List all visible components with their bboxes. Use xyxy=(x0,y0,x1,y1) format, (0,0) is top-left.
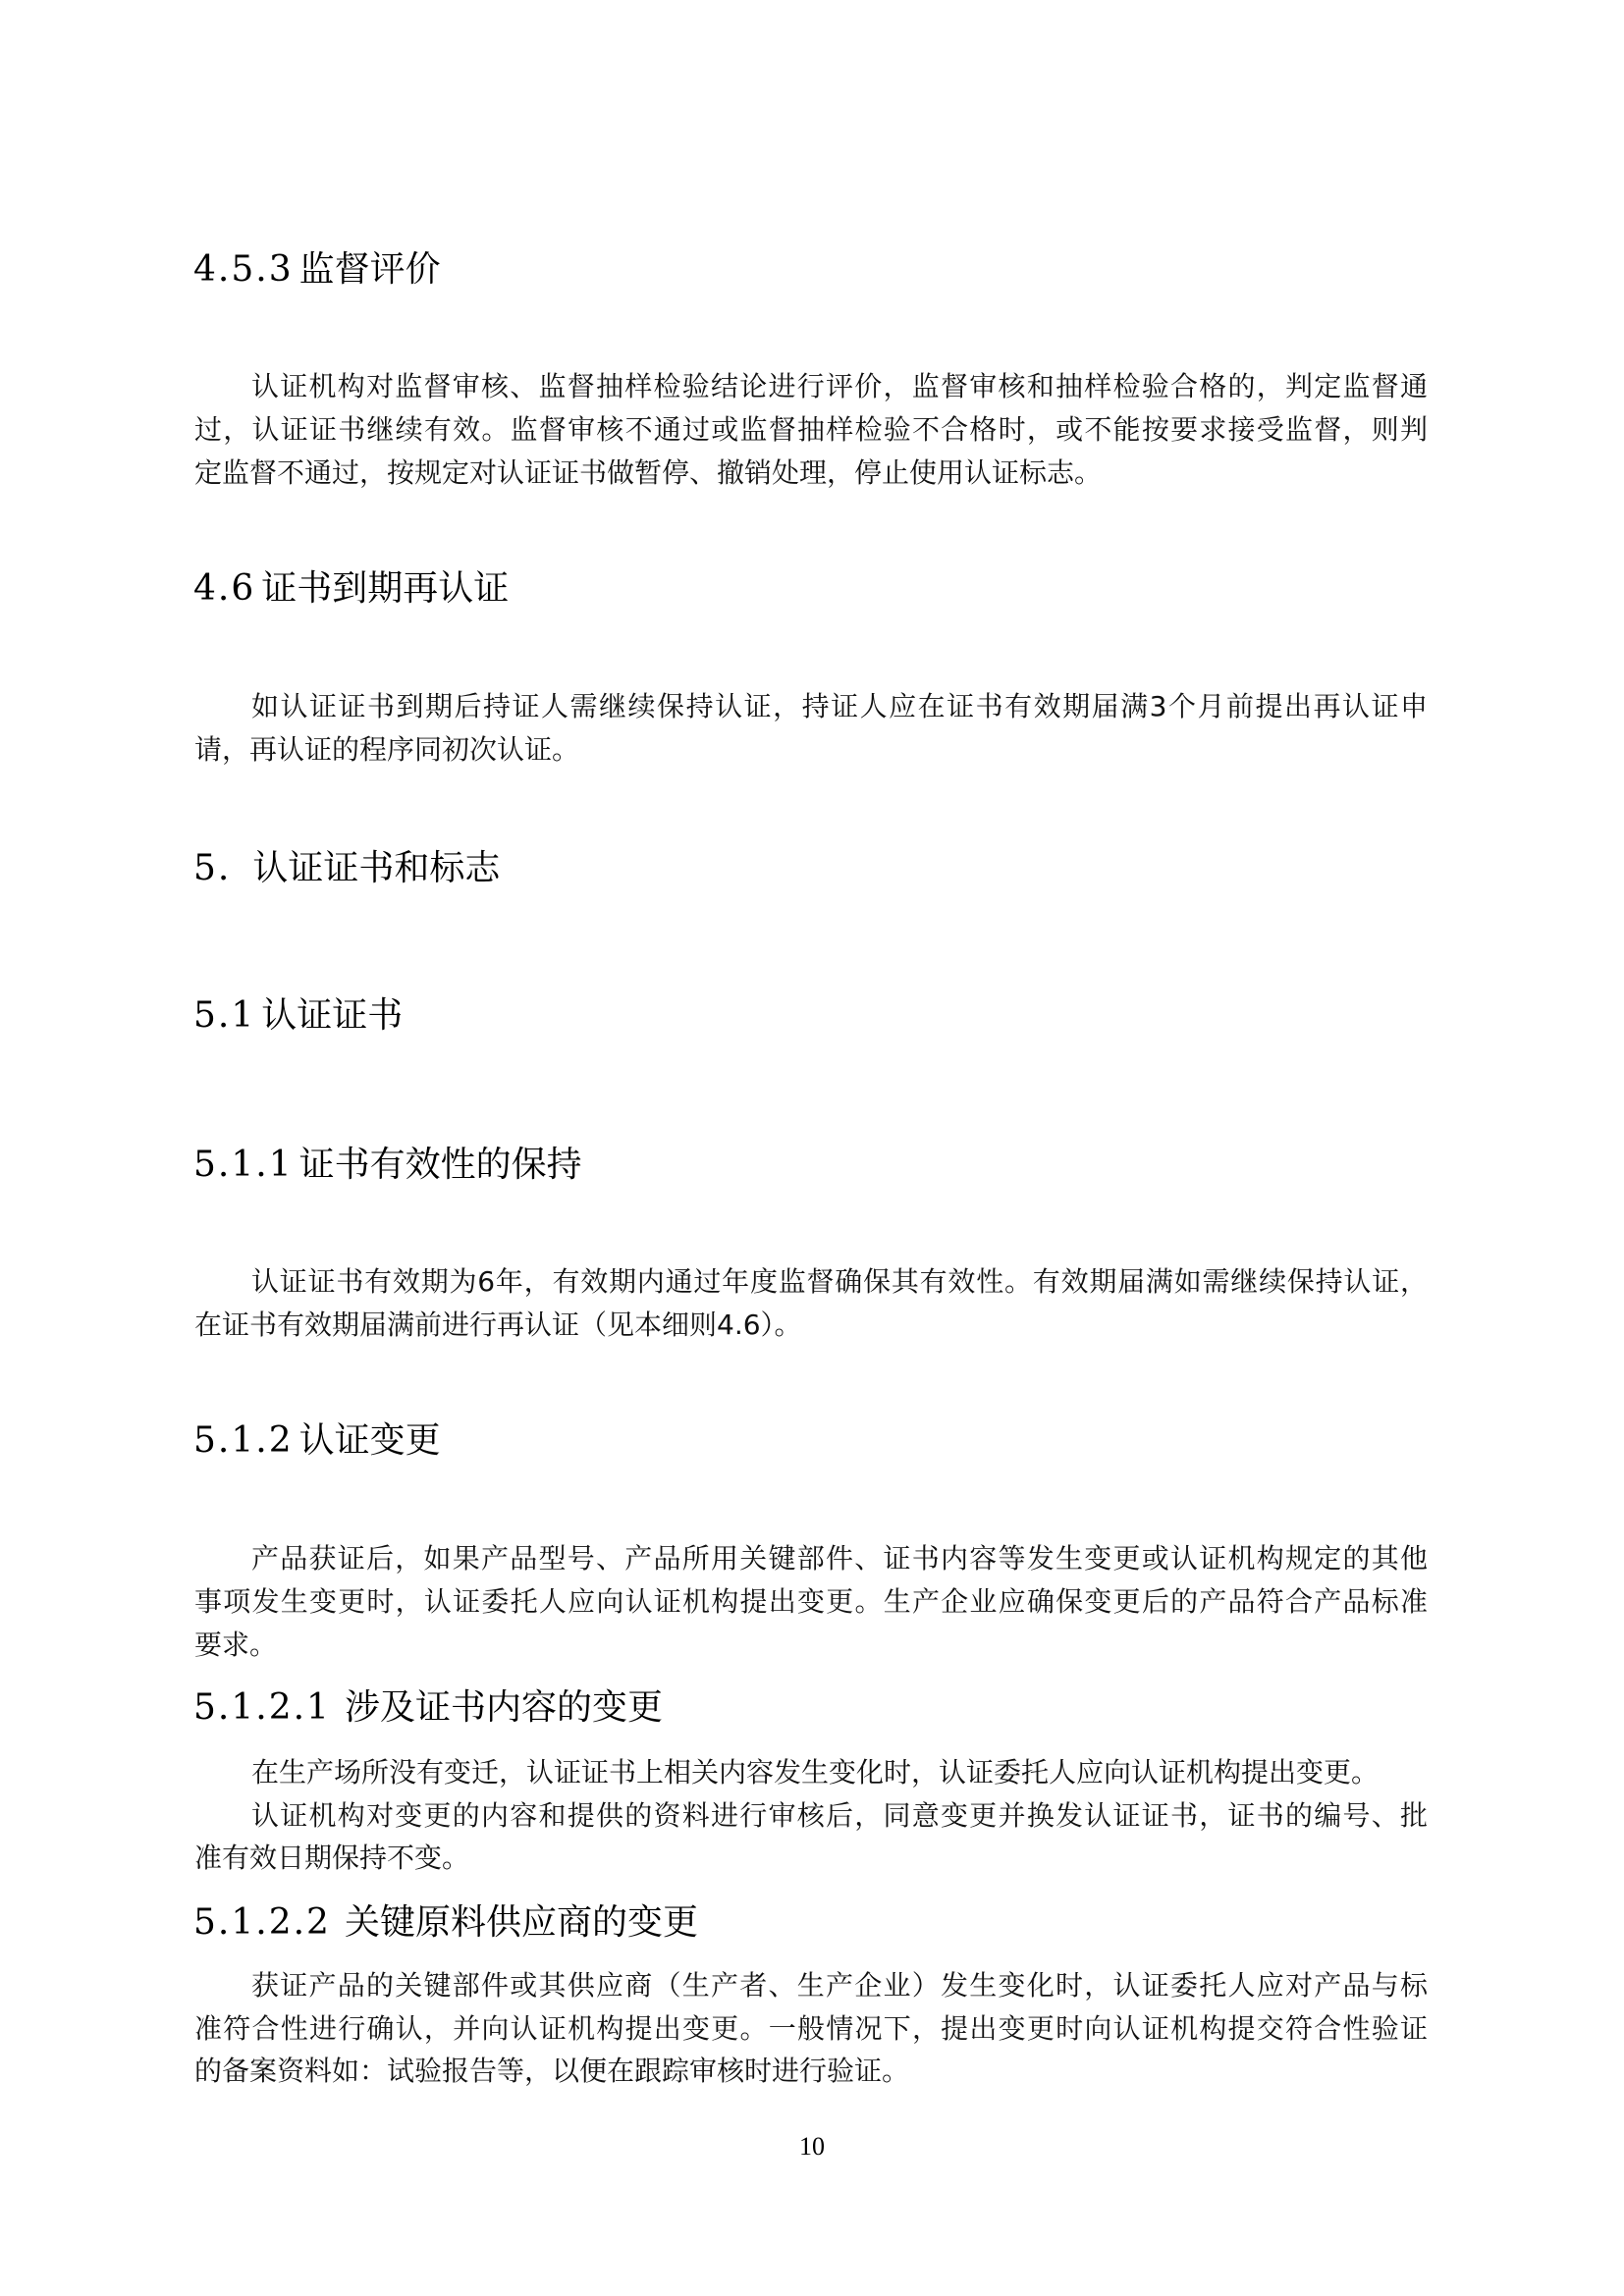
paragraph-line: 准符合性进行确认，并向认证机构提出变更。一般情况下，提出变更时向认证机构提交符合… xyxy=(194,2013,1428,2045)
paragraph-line: 事项发生变更时，认证委托人应向认证机构提出变更。生产企业应确保变更后的产品符合产… xyxy=(194,1586,1428,1618)
heading-4-5-3: 4.5.3监督评价 xyxy=(193,250,441,290)
paragraph-line: 如认证证书到期后持证人需继续保持认证，持证人应在证书有效期届满3个月前提出再认证… xyxy=(251,691,1428,722)
paragraph-line: 认证机构对监督审核、监督抽样检验结论进行评价，监督审核和抽样检验合格的，判定监督… xyxy=(251,371,1428,402)
heading-number: 5.1 xyxy=(193,995,255,1036)
heading-5-1-1: 5.1.1证书有效性的保持 xyxy=(193,1146,582,1185)
heading-5-1-2-2: 5.1.2.2关键原料供应商的变更 xyxy=(193,1903,698,1943)
heading-title: 认证变更 xyxy=(299,1420,441,1461)
heading-5: 5.认证证书和标志 xyxy=(193,849,500,888)
paragraph-line: 产品获证后，如果产品型号、产品所用关键部件、证书内容等发生变更或认证机构规定的其… xyxy=(251,1543,1428,1575)
paragraph-line: 过，认证证书继续有效。监督审核不通过或监督抽样检验不合格时，或不能按要求接受监督… xyxy=(194,414,1428,446)
paragraph-line: 请，再认证的程序同初次认证。 xyxy=(194,734,1428,766)
document-page: 4.5.3监督评价 认证机构对监督审核、监督抽样检验结论进行评价，监督审核和抽样… xyxy=(0,0,1624,2296)
paragraph-line: 认证证书有效期为6年，有效期内通过年度监督确保其有效性。有效期届满如需继续保持认… xyxy=(251,1266,1428,1298)
heading-5-1-2-1: 5.1.2.1涉及证书内容的变更 xyxy=(193,1688,663,1728)
heading-number: 5. xyxy=(193,848,231,888)
paragraph-line: 获证产品的关键部件或其供应商（生产者、生产企业）发生变化时，认证委托人应对产品与… xyxy=(251,1970,1428,2002)
heading-title: 证书到期再认证 xyxy=(261,568,509,609)
heading-number: 5.1.1 xyxy=(193,1145,294,1185)
heading-title: 认证证书和标志 xyxy=(252,848,500,888)
heading-number: 5.1.2.1 xyxy=(193,1687,331,1728)
paragraph-line: 准有效日期保持不变。 xyxy=(194,1842,1428,1874)
paragraph-line: 定监督不通过，按规定对认证证书做暂停、撤销处理，停止使用认证标志。 xyxy=(194,457,1428,489)
heading-number: 4.6 xyxy=(193,568,255,609)
heading-title: 认证证书 xyxy=(261,995,403,1036)
heading-number: 5.1.2.2 xyxy=(193,1902,331,1943)
paragraph-line: 认证机构对变更的内容和提供的资料进行审核后，同意变更并换发认证证书，证书的编号、… xyxy=(251,1800,1428,1832)
heading-number: 4.5.3 xyxy=(193,249,294,290)
heading-number: 5.1.2 xyxy=(193,1420,294,1461)
heading-5-1: 5.1认证证书 xyxy=(193,996,403,1036)
paragraph-line: 要求。 xyxy=(194,1629,1428,1661)
paragraph-line: 在证书有效期届满前进行再认证（见本细则4.6）。 xyxy=(194,1309,1428,1341)
paragraph-line: 的备案资料如：试验报告等，以便在跟踪审核时进行验证。 xyxy=(194,2056,1428,2087)
heading-title: 涉及证书内容的变更 xyxy=(345,1687,663,1728)
heading-title: 关键原料供应商的变更 xyxy=(345,1902,698,1943)
heading-title: 监督评价 xyxy=(299,249,441,290)
paragraph-line: 在生产场所没有变迁，认证证书上相关内容发生变化时，认证委托人应向认证机构提出变更… xyxy=(251,1757,1428,1789)
heading-4-6: 4.6证书到期再认证 xyxy=(193,569,509,609)
heading-5-1-2: 5.1.2认证变更 xyxy=(193,1421,441,1461)
page-number: 10 xyxy=(0,2132,1624,2162)
heading-title: 证书有效性的保持 xyxy=(299,1145,582,1185)
